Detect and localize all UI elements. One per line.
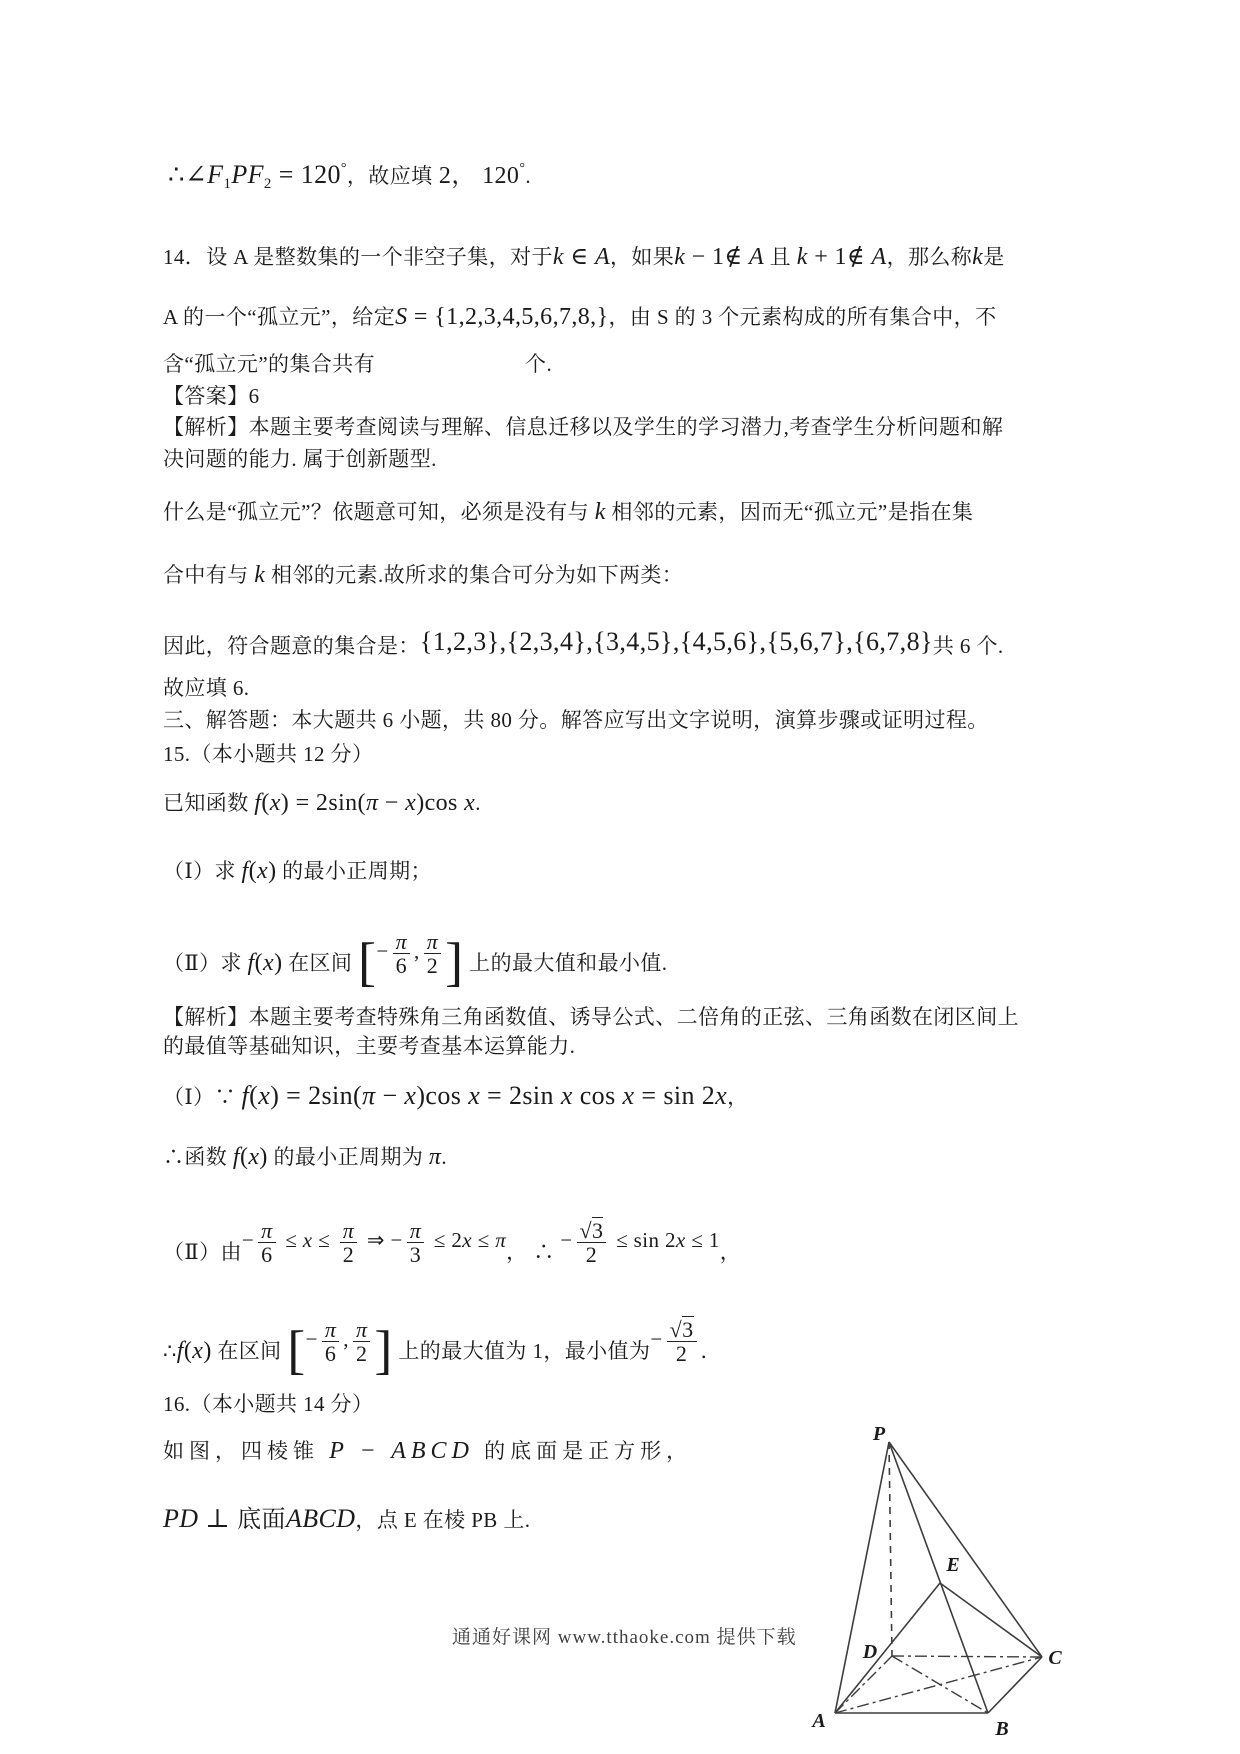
fraction: π6 (258, 1219, 275, 1266)
math-seg: 2 (264, 176, 272, 192)
edge-ad (835, 1656, 892, 1713)
math-seg: ] (445, 932, 463, 992)
text-seg: 【解析】本题主要考查阅读与理解、信息迁移以及学生的学习潜力,考查学生分析问题和解 (163, 415, 1003, 439)
math-seg: π (396, 929, 407, 954)
q14-explain-line-1: 什么是“孤立元”？依题意可知，必须是没有与 k 相邻的元素，因而无“孤立元”是指… (163, 495, 973, 530)
denominator: 3 (407, 1242, 424, 1266)
pyramid-figure: P E D C A B (780, 1415, 1090, 1754)
q15-given-function: 已知函数 f(x) = 2sin(π − x)cos x. (163, 786, 481, 821)
math-seg: ≤ 1 (686, 1228, 720, 1252)
denominator: 2 (353, 1341, 370, 1365)
denominator: 6 (393, 953, 410, 977)
math-seg: x (715, 1081, 727, 1110)
text-seg: ，故应填 (347, 164, 433, 188)
fraction: π6 (322, 1318, 339, 1365)
fraction: √32 (577, 1219, 607, 1266)
math-seg: ∴∠ (168, 160, 207, 189)
math-seg: [ (358, 932, 376, 992)
math-seg: x (257, 858, 268, 884)
math-seg: ≤ (280, 1228, 303, 1252)
math-seg: k (254, 562, 265, 588)
math-seg: ) (203, 1338, 211, 1364)
numerator: π (424, 930, 441, 953)
q14-answer-line: 【答案】6 (163, 381, 260, 411)
text-seg: ， (506, 1240, 533, 1264)
q14-analysis-line-1: 【解析】本题主要考查阅读与理解、信息迁移以及学生的学习潜力,考查学生分析问题和解 (163, 412, 1003, 442)
math-seg: f (233, 1144, 240, 1170)
math-seg: P − ABCD (329, 1438, 474, 1464)
math-seg: , (414, 939, 420, 963)
math-seg: k (674, 244, 685, 270)
text-seg: 的最小正周期； (277, 859, 432, 883)
math-seg: − (306, 1327, 318, 1351)
text-seg: 决问题的能力. 属于创新题型. (163, 447, 437, 471)
math-seg: )cos (416, 1081, 468, 1110)
q15-analysis-line-1: 【解析】本题主要考查特殊角三角函数值、诱导公式、二倍角的正弦、三角函数在闭区间上 (163, 1002, 1019, 1032)
math-seg: 6 (261, 1242, 272, 1267)
text-seg: ， (727, 1085, 748, 1109)
math-seg: 2 (676, 1341, 687, 1366)
math-seg: x (248, 1144, 259, 1170)
vertex-label-p: P (872, 1423, 886, 1445)
math-seg: ⊥ (198, 1504, 237, 1533)
text-seg: 的最值等基础知识，主要考查基本运算能力. (163, 1034, 575, 1058)
q14-sets-line: 因此，符合题意的集合是：{1,2,3},{2,3,4},{3,4,5},{4,5… (163, 623, 1004, 661)
watermark: 通通好课网 www.tthaoke.com 提供下载 (452, 1622, 797, 1649)
math-seg: ≤ (313, 1228, 336, 1252)
q14-conclusion-line: 故应填 6. (163, 673, 249, 703)
math-seg: = 2sin (480, 1081, 561, 1110)
math-seg: 6 (325, 1341, 336, 1366)
numerator: π (258, 1219, 275, 1242)
math-seg: + 1∉ (808, 244, 872, 270)
numerator: π (353, 1318, 370, 1341)
math-seg: F (207, 160, 223, 189)
fraction: π2 (424, 930, 441, 977)
math-seg: ) = 2sin( (270, 1081, 362, 1110)
math-seg: − (378, 790, 405, 816)
text-seg: 三、解答题：本大题共 6 小题，共 80 分。解答应写出文字说明，演算步骤或证明… (163, 708, 989, 732)
math-seg: − (555, 1228, 573, 1252)
q15-part2-question: （Ⅱ）求 f(x) 在区间 [−π6,π2] 上的最大值和最小值. (163, 930, 667, 981)
edge-pa (835, 1442, 889, 1713)
math-seg: ABCD (286, 1504, 355, 1533)
math-seg: π (362, 1081, 375, 1110)
math-seg: ∴ (533, 1240, 554, 1264)
math-seg: 底面 (237, 1507, 286, 1533)
q14-statement-line-2: A 的一个“孤立元”，给定S = {1,2,3,4,5,6,7,8,}，由 S … (163, 300, 996, 335)
q15-part1-question: （Ⅰ）求 f(x) 的最小正周期； (163, 854, 432, 889)
text-seg: （Ⅱ）由 (163, 1240, 242, 1264)
text-seg: ，那么称 (887, 245, 973, 269)
denominator: 2 (667, 1341, 697, 1365)
text-seg: ，由 S 的 3 个元素构成的所有集合中，不 (609, 305, 997, 329)
text-seg: . (441, 1145, 447, 1169)
math-seg: ≤ (472, 1228, 495, 1252)
math-seg: A (872, 244, 887, 270)
text-seg: 在区间 (282, 951, 358, 975)
vertex-label-b: B (994, 1718, 1008, 1740)
vertex-label-e: E (945, 1554, 959, 1576)
math-seg: A (749, 244, 764, 270)
text-seg: 【答案】6 (163, 384, 260, 408)
math-seg: ∈ (564, 244, 595, 270)
math-seg: π (429, 1144, 441, 1170)
math-seg: ) (259, 1144, 267, 1170)
math-seg: f (177, 1338, 184, 1364)
q15-analysis-line-2: 的最值等基础知识，主要考查基本运算能力. (163, 1031, 575, 1061)
text-seg: ，点 E 在棱 PB 上. (355, 1508, 530, 1532)
math-seg: 6 (396, 953, 407, 978)
text-seg: 相邻的元素，因而无“孤立元”是指在集 (606, 500, 974, 524)
math-seg: x (468, 1081, 480, 1110)
math-seg: PF (231, 160, 264, 189)
numerator: π (393, 930, 410, 953)
denominator: 2 (577, 1242, 607, 1266)
vertex-label-c: C (1048, 1647, 1062, 1669)
edge-bc (988, 1657, 1042, 1713)
math-seg: )cos (416, 790, 464, 816)
text-seg: 共 6 个. (933, 634, 1004, 658)
text-seg: 16.（本小题共 14 分） (163, 1392, 373, 1416)
math-seg: k (972, 244, 983, 270)
q16-statement-line-2: PD ⊥ 底面ABCD，点 E 在棱 PB 上. (163, 1500, 530, 1538)
text-seg: 什么是“孤立元”？依题意可知，必须是没有与 (163, 500, 595, 524)
text-seg: 合中有与 (163, 563, 254, 587)
edge-pc (889, 1442, 1042, 1657)
math-seg: 2， 120 (433, 163, 520, 189)
math-seg: ( (249, 858, 257, 884)
math-seg: 3 (410, 1242, 421, 1267)
math-seg: ] (374, 1320, 392, 1380)
math-seg: {1,2,3},{2,3,4},{3,4,5},{4,5,6},{5,6,7},… (420, 627, 933, 656)
math-seg: f (248, 950, 255, 976)
math-seg: x (258, 1081, 270, 1110)
math-seg: f (242, 858, 249, 884)
math-seg: − (376, 939, 388, 963)
text-seg: 是 (983, 245, 1004, 269)
math-seg: [ (287, 1320, 305, 1380)
numerator: π (340, 1219, 357, 1242)
text-seg: （Ⅰ）求 (163, 859, 242, 883)
segment-ec (940, 1583, 1042, 1657)
math-seg: π (366, 790, 378, 816)
text-seg: 个. (525, 352, 552, 376)
fraction: π2 (340, 1219, 357, 1266)
math-seg: − (650, 1327, 662, 1351)
math-seg: 2 (343, 1242, 354, 1267)
text-seg: 含“孤立元”的集合共有 (163, 352, 375, 376)
text-seg: 且 (764, 245, 797, 269)
math-seg: x (270, 790, 281, 816)
diagonal-ac (835, 1657, 1042, 1713)
text-seg: ． (701, 1339, 722, 1363)
math-seg: x (561, 1081, 573, 1110)
math-seg: k (553, 244, 564, 270)
edge-pd (889, 1442, 892, 1656)
math-seg: x (462, 1228, 472, 1252)
math-seg: π (343, 1218, 354, 1243)
vertex-label-a: A (810, 1710, 825, 1732)
text-seg: 的最小正周期为 (268, 1145, 429, 1169)
fraction: π6 (393, 930, 410, 977)
math-seg: ≤ sin 2 (610, 1228, 675, 1252)
math-seg: x (676, 1228, 686, 1252)
text-seg: ， (720, 1240, 741, 1264)
math-seg: A (595, 244, 610, 270)
q15-header: 15.（本小题共 12 分） (163, 739, 373, 769)
math-seg: = {1,2,3,4,5,6,7,8,} (408, 304, 609, 330)
text-seg: 15.（本小题共 12 分） (163, 742, 373, 766)
fraction: √32 (667, 1318, 697, 1365)
text-seg: 14．设 A 是整数集的一个非空子集，对于 (163, 245, 553, 269)
math-seg: ( (184, 1338, 192, 1364)
numerator: √3 (577, 1219, 607, 1242)
math-seg: π (356, 1317, 367, 1342)
math-seg: x (464, 790, 475, 816)
diagonal-db (892, 1656, 988, 1713)
math-seg: ) = 2sin( (281, 790, 366, 816)
math-seg: ( (255, 950, 263, 976)
math-seg: 3 (682, 1317, 693, 1342)
fraction: π2 (353, 1318, 370, 1365)
fraction: π3 (407, 1219, 424, 1266)
math-seg: ( (249, 1081, 258, 1110)
denominator: 2 (424, 953, 441, 977)
math-seg: − (376, 1081, 405, 1110)
math-seg: 2 (427, 953, 438, 978)
text-seg: 故应填 6. (163, 676, 249, 700)
text-seg: 的底面是正方形， (474, 1439, 692, 1463)
text-seg: ，如果 (610, 245, 674, 269)
text-seg: 如图，四棱锥 (163, 1439, 329, 1463)
math-seg: π (261, 1218, 272, 1243)
math-seg: ) (268, 858, 276, 884)
text-seg: 在区间 (212, 1339, 288, 1363)
math-seg: = sin 2 (634, 1081, 715, 1110)
q14-analysis-line-2: 决问题的能力. 属于创新题型. (163, 444, 437, 474)
math-seg: π (427, 929, 438, 954)
q14-explain-line-2: 合中有与 k 相邻的元素.故所求的集合可分为如下两类： (163, 558, 683, 593)
math-seg: x (192, 1338, 203, 1364)
document-page: ∴∠F1PF2 = 120°，故应填 2， 120°. 14．设 A 是整数集的… (0, 0, 1240, 1754)
numerator: π (322, 1318, 339, 1341)
section-3-header: 三、解答题：本大题共 6 小题，共 80 分。解答应写出文字说明，演算步骤或证明… (163, 705, 989, 735)
text-seg: 上的最大值为 1，最小值为 (393, 1339, 651, 1363)
q14-statement-line-3: 含“孤立元”的集合共有 个. (163, 349, 552, 379)
math-seg: PD (163, 1504, 198, 1533)
math-seg: x (623, 1081, 635, 1110)
math-seg: ⇒ − (361, 1228, 403, 1252)
math-seg: k (595, 499, 606, 525)
q16-header: 16.（本小题共 14 分） (163, 1389, 373, 1419)
math-seg: S (395, 304, 407, 330)
sqrt: √3 (580, 1217, 604, 1243)
math-seg: = 120 (272, 160, 341, 189)
text-seg: ∴ (163, 1339, 177, 1363)
math-seg: x (263, 950, 274, 976)
q15-sol-part2-line-1: （Ⅱ）由−π6 ≤ x ≤ π2 ⇒ −π3 ≤ 2x ≤ π， ∴ −√32 … (163, 1219, 741, 1268)
text-seg: （Ⅱ）求 (163, 951, 248, 975)
text-seg: （Ⅰ）∵ (163, 1085, 242, 1109)
radical-sign: √ (580, 1218, 592, 1243)
q15-sol-part2-line-2: ∴f(x) 在区间 [−π6,π2] 上的最大值为 1，最小值为−√32． (163, 1318, 722, 1369)
q13-conclusion-line: ∴∠F1PF2 = 120°，故应填 2， 120°. (168, 156, 531, 196)
math-seg: ≤ 2 (428, 1228, 462, 1252)
text-seg: A 的一个“孤立元”，给定 (163, 305, 395, 329)
math-seg: k (797, 244, 808, 270)
radicand: 3 (682, 1316, 693, 1342)
text-seg: . (475, 791, 481, 815)
edge-pb (889, 1442, 988, 1713)
math-seg: 2 (356, 1341, 367, 1366)
text-seg: ∴函数 (163, 1145, 233, 1169)
q15-sol-part1-line-1: （Ⅰ）∵ f(x) = 2sin(π − x)cos x = 2sin x co… (163, 1077, 749, 1115)
sqrt: √3 (670, 1316, 694, 1342)
denominator: 2 (340, 1242, 357, 1266)
math-seg: − 1∉ (685, 244, 749, 270)
math-seg: x (405, 790, 416, 816)
math-seg: π (410, 1218, 421, 1243)
radicand: 3 (592, 1217, 603, 1243)
segment-ae (835, 1583, 940, 1713)
math-seg: x (303, 1228, 313, 1252)
q15-sol-part1-line-2: ∴函数 f(x) 的最小正周期为 π. (163, 1140, 447, 1175)
text-seg: 【解析】本题主要考查特殊角三角函数值、诱导公式、二倍角的正弦、三角函数在闭区间上 (163, 1005, 1019, 1029)
math-seg: x (404, 1081, 416, 1110)
text-seg: 已知函数 (163, 791, 254, 815)
numerator: √3 (667, 1318, 697, 1341)
math-seg: cos (573, 1081, 623, 1110)
math-seg: , (343, 1327, 349, 1351)
q16-statement-line-1: 如图，四棱锥 P − ABCD 的底面是正方形， (163, 1434, 692, 1469)
text-seg: 相邻的元素.故所求的集合可分为如下两类： (265, 563, 683, 587)
denominator: 6 (322, 1341, 339, 1365)
denominator: 6 (258, 1242, 275, 1266)
math-seg: π (495, 1228, 506, 1252)
text-seg: 上的最大值和最小值. (464, 951, 668, 975)
math-seg: ( (261, 790, 269, 816)
math-seg: π (325, 1317, 336, 1342)
text-seg: 因此，符合题意的集合是： (163, 634, 420, 658)
vertex-label-d: D (862, 1641, 877, 1663)
numerator: π (407, 1219, 424, 1242)
math-seg: − (242, 1228, 254, 1252)
math-seg: 2 (586, 1242, 597, 1267)
math-seg: 3 (592, 1218, 603, 1243)
q14-statement-line-1: 14．设 A 是整数集的一个非空子集，对于k ∈ A，如果k − 1∉ A 且 … (163, 240, 1005, 275)
text-seg: . (525, 164, 531, 188)
radical-sign: √ (670, 1317, 682, 1342)
